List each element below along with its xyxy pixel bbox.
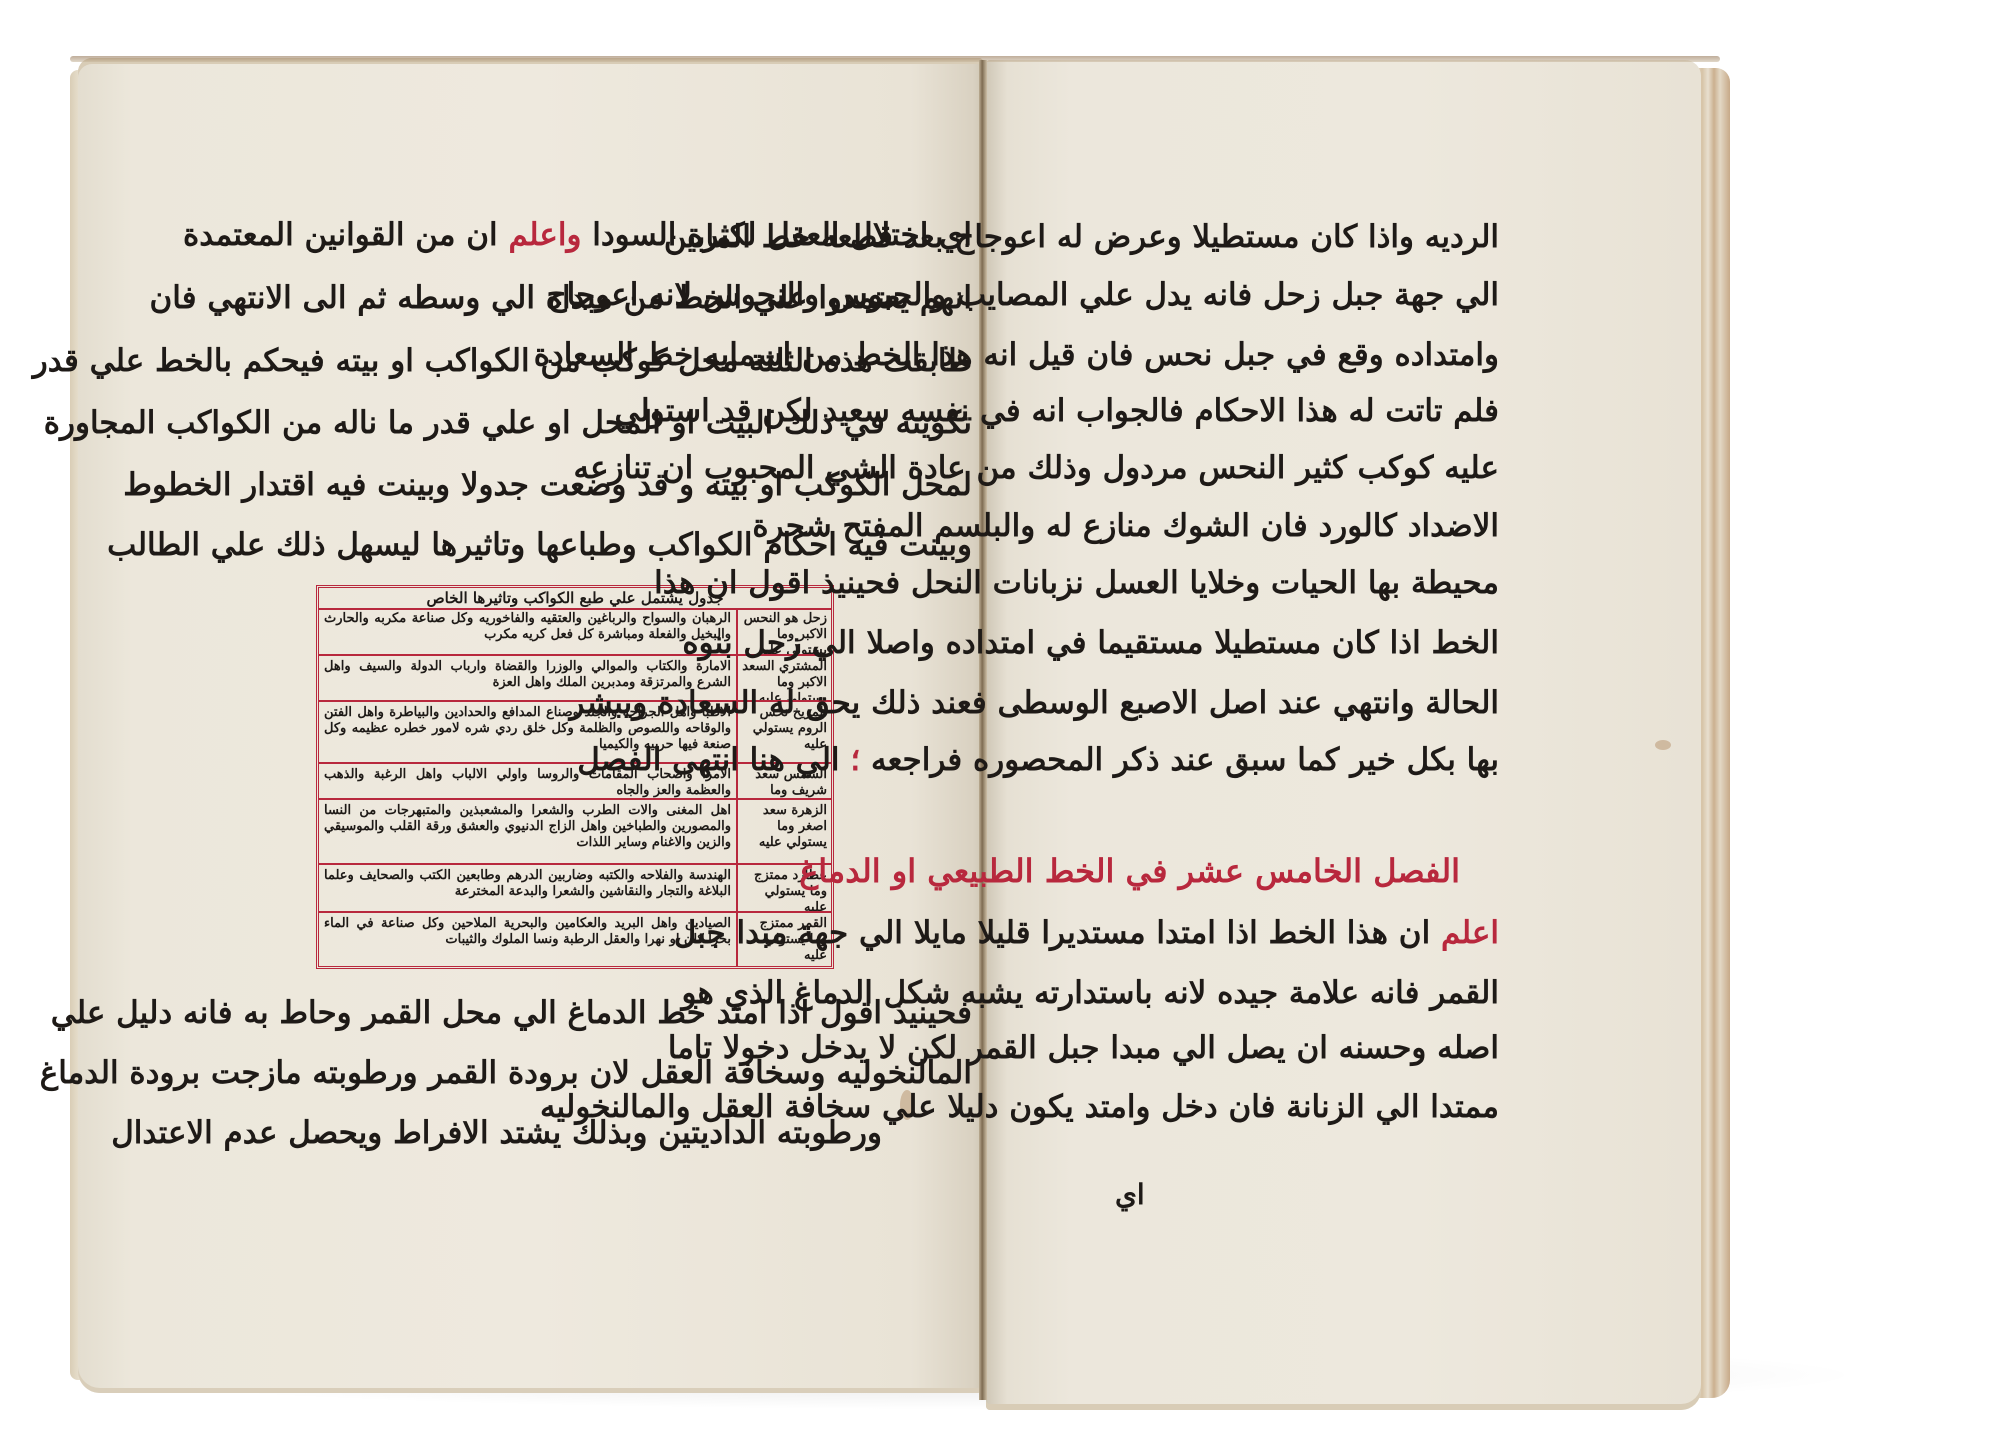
text-segment: الي هنا انتهى الفصل <box>577 742 839 778</box>
text-segment: بها بكل خير كما سبق عند ذكر المحصوره فرا… <box>871 742 1499 778</box>
description-cell: اهل المغنى والات الطرب والشعرا والمشعبذي… <box>319 800 736 863</box>
text-line: فلم تاتت له هذا الاحكام فالجواب انه في ن… <box>1085 396 1499 427</box>
text-line: عليه كوكب كثير النحس مردول وذلك من عادة … <box>1085 453 1499 484</box>
text-line: اعلم ان هذا الخط اذا امتدا مستديرا قليلا… <box>1085 918 1499 949</box>
text-line: الاضداد كالورد فان الشوك منازع له والبلس… <box>1085 511 1499 542</box>
rubric-word: اعلم <box>1441 915 1499 951</box>
chapter-heading: الفصل الخامس عشر في الخط الطبيعي او الدم… <box>1150 852 1460 890</box>
text-segment: ان من القوانين المعتمدة <box>183 217 498 253</box>
description-cell: الهندسة والفلاحه والكتبه وضاربين الدرهم … <box>319 865 736 911</box>
paper-stain <box>1655 740 1671 750</box>
text-line: وامتداده وقع في جبل نحس فان قيل انه هذا … <box>1085 340 1499 371</box>
right-page <box>986 60 1701 1410</box>
text-line: ممتدا الي الزنانة فان دخل وامتد يكون دلي… <box>1085 1092 1499 1123</box>
table-row: عطارد ممتزج وما يستولي عليه الهندسة والف… <box>319 865 831 913</box>
text-line: بها بكل خير كما سبق عند ذكر المحصوره فرا… <box>1095 745 1499 776</box>
text-line: اصله وحسنه ان يصل الي مبدا جبل القمر لكن… <box>1095 1033 1499 1064</box>
text-segment: ان هذا الخط اذا امتدا مستديرا قليلا مايل… <box>674 915 1430 951</box>
text-line: الي جهة جبل زحل فانه يدل علي المصايب وال… <box>1085 280 1499 311</box>
text-line: محيطة بها الحيات وخلايا العسل نزبانات ال… <box>1085 568 1499 599</box>
description-cell: الرهبان والسواح والرباغين والعتقيه والفا… <box>319 608 736 654</box>
catchword: اي <box>1115 1178 1145 1211</box>
text-line: الحالة وانتهي عند اصل الاصبع الوسطى فعند… <box>1085 688 1499 719</box>
rubric-word: واعلم <box>508 217 581 253</box>
text-line: القمر فانه علامة جيده لانه باستدارته يشب… <box>1095 978 1499 1009</box>
rubric-punctuation: ؛ <box>850 742 860 778</box>
top-edge-wear <box>70 56 1720 62</box>
text-line: الرديه واذا كان مستطيلا وعرض له اعوجاج ب… <box>1085 222 1499 253</box>
book-spine-gutter <box>979 60 987 1400</box>
table-row: الزهرة سعد اصغر وما يستولي عليه اهل المغ… <box>319 800 831 865</box>
text-line: الخط اذا كان مستطيلا مستقيما في امتداده … <box>1085 628 1499 659</box>
